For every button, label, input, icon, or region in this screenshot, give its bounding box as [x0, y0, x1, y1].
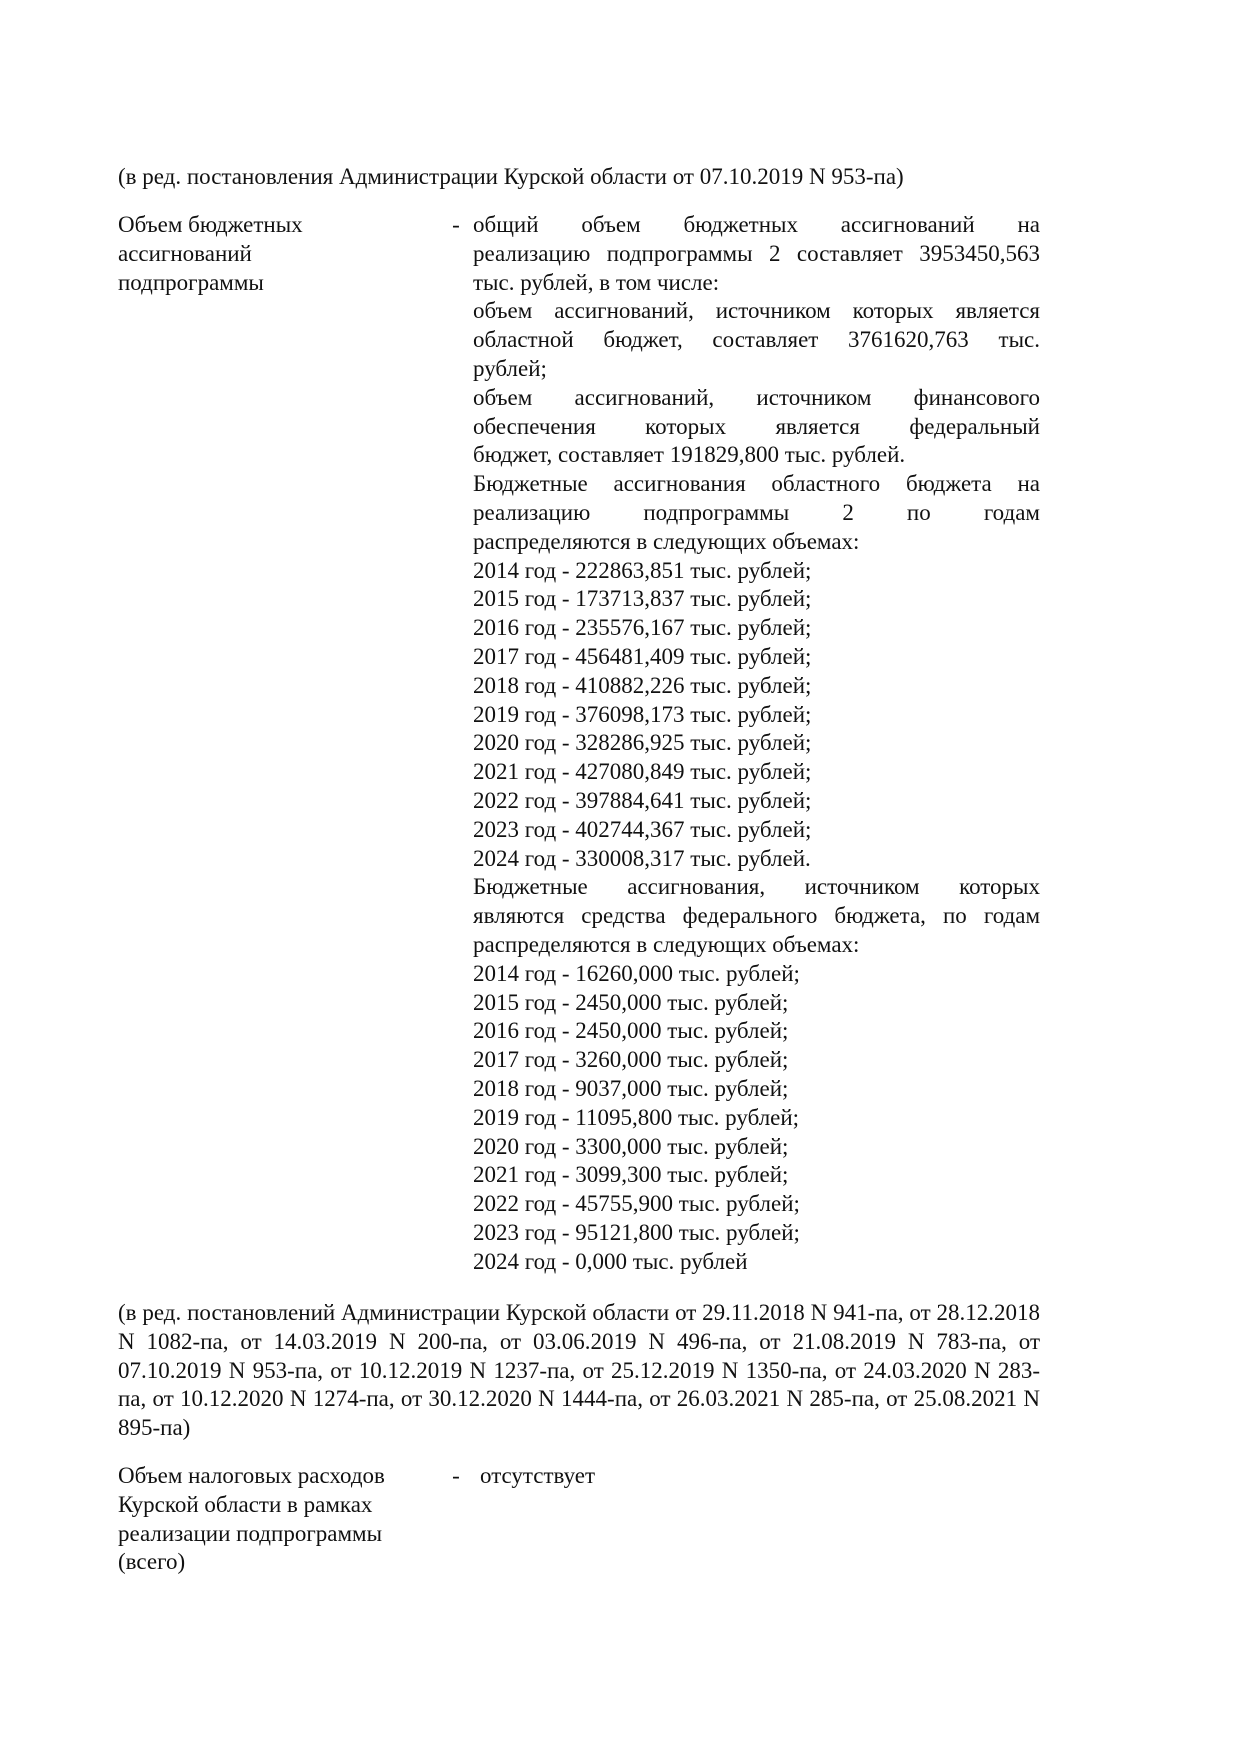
federal-line: обеспечения которых является федеральный [473, 413, 1040, 442]
year-allocation-item: 2024 год - 0,000 тыс. рублей [473, 1248, 1040, 1277]
separator-dash: - [446, 1462, 466, 1491]
budget-allocation-value: общий объем бюджетных ассигнований на ре… [473, 211, 1040, 1276]
regional-line: областной бюджет, составляет 3761620,763… [473, 326, 1040, 355]
regional-intro-line: Бюджетные ассигнования областного бюджет… [473, 470, 1040, 499]
label-line: подпрограммы [118, 269, 428, 298]
year-allocation-item: 2022 год - 397884,641 тыс. рублей; [473, 787, 1040, 816]
regional-line: рублей; [473, 355, 1040, 384]
total-line: тыс. рублей, в том числе: [473, 269, 1040, 298]
amendment-note-list: (в ред. постановлений Администрации Курс… [118, 1299, 1040, 1443]
label-line: реализации подпрограммы [118, 1520, 428, 1549]
year-allocation-item: 2015 год - 2450,000 тыс. рублей; [473, 989, 1040, 1018]
total-line: реализацию подпрограммы 2 составляет 395… [473, 240, 1040, 269]
year-allocation-item: 2019 год - 11095,800 тыс. рублей; [473, 1104, 1040, 1133]
year-allocation-item: 2024 год - 330008,317 тыс. рублей. [473, 845, 1040, 874]
year-allocation-item: 2022 год - 45755,900 тыс. рублей; [473, 1190, 1040, 1219]
separator-dash: - [446, 211, 466, 240]
federal-line: объем ассигнований, источником финансово… [473, 384, 1040, 413]
federal-line: бюджет, составляет 191829,800 тыс. рубле… [473, 441, 1040, 470]
total-line: общий объем бюджетных ассигнований на [473, 211, 1040, 240]
federal-intro-line: распределяются в следующих объемах: [473, 931, 1040, 960]
regional-by-year-list: 2014 год - 222863,851 тыс. рублей;2015 г… [473, 557, 1040, 874]
label-line: ассигнований [118, 240, 428, 269]
regional-intro-line: реализацию подпрограммы 2 по годам [473, 499, 1040, 528]
federal-intro-line: Бюджетные ассигнования, источником котор… [473, 873, 1040, 902]
label-line: Объем бюджетных [118, 211, 428, 240]
label-line: Курской области в рамках [118, 1491, 428, 1520]
year-allocation-item: 2015 год - 173713,837 тыс. рублей; [473, 585, 1040, 614]
year-allocation-item: 2017 год - 3260,000 тыс. рублей; [473, 1046, 1040, 1075]
year-allocation-item: 2020 год - 328286,925 тыс. рублей; [473, 729, 1040, 758]
year-allocation-item: 2016 год - 2450,000 тыс. рублей; [473, 1017, 1040, 1046]
year-allocation-item: 2023 год - 95121,800 тыс. рублей; [473, 1219, 1040, 1248]
label-line: (всего) [118, 1548, 428, 1577]
year-allocation-item: 2021 год - 3099,300 тыс. рублей; [473, 1161, 1040, 1190]
year-allocation-item: 2014 год - 16260,000 тыс. рублей; [473, 960, 1040, 989]
year-allocation-item: 2017 год - 456481,409 тыс. рублей; [473, 643, 1040, 672]
label-line: Объем налоговых расходов [118, 1462, 428, 1491]
amendment-note-top: (в ред. постановления Администрации Курс… [118, 163, 1040, 192]
regional-intro-line: распределяются в следующих объемах: [473, 528, 1040, 557]
tax-expenditure-value: отсутствует [480, 1462, 1047, 1491]
year-allocation-item: 2018 год - 9037,000 тыс. рублей; [473, 1075, 1040, 1104]
year-allocation-item: 2021 год - 427080,849 тыс. рублей; [473, 758, 1040, 787]
year-allocation-item: 2019 год - 376098,173 тыс. рублей; [473, 701, 1040, 730]
year-allocation-item: 2016 год - 235576,167 тыс. рублей; [473, 614, 1040, 643]
federal-by-year-list: 2014 год - 16260,000 тыс. рублей;2015 го… [473, 960, 1040, 1277]
year-allocation-item: 2018 год - 410882,226 тыс. рублей; [473, 672, 1040, 701]
regional-line: объем ассигнований, источником которых я… [473, 297, 1040, 326]
tax-expenditure-label: Объем налоговых расходов Курской области… [118, 1462, 428, 1577]
budget-allocation-label: Объем бюджетных ассигнований подпрограмм… [118, 211, 428, 297]
year-allocation-item: 2020 год - 3300,000 тыс. рублей; [473, 1133, 1040, 1162]
federal-intro-line: являются средства федерального бюджета, … [473, 902, 1040, 931]
year-allocation-item: 2023 год - 402744,367 тыс. рублей; [473, 816, 1040, 845]
year-allocation-item: 2014 год - 222863,851 тыс. рублей; [473, 557, 1040, 586]
